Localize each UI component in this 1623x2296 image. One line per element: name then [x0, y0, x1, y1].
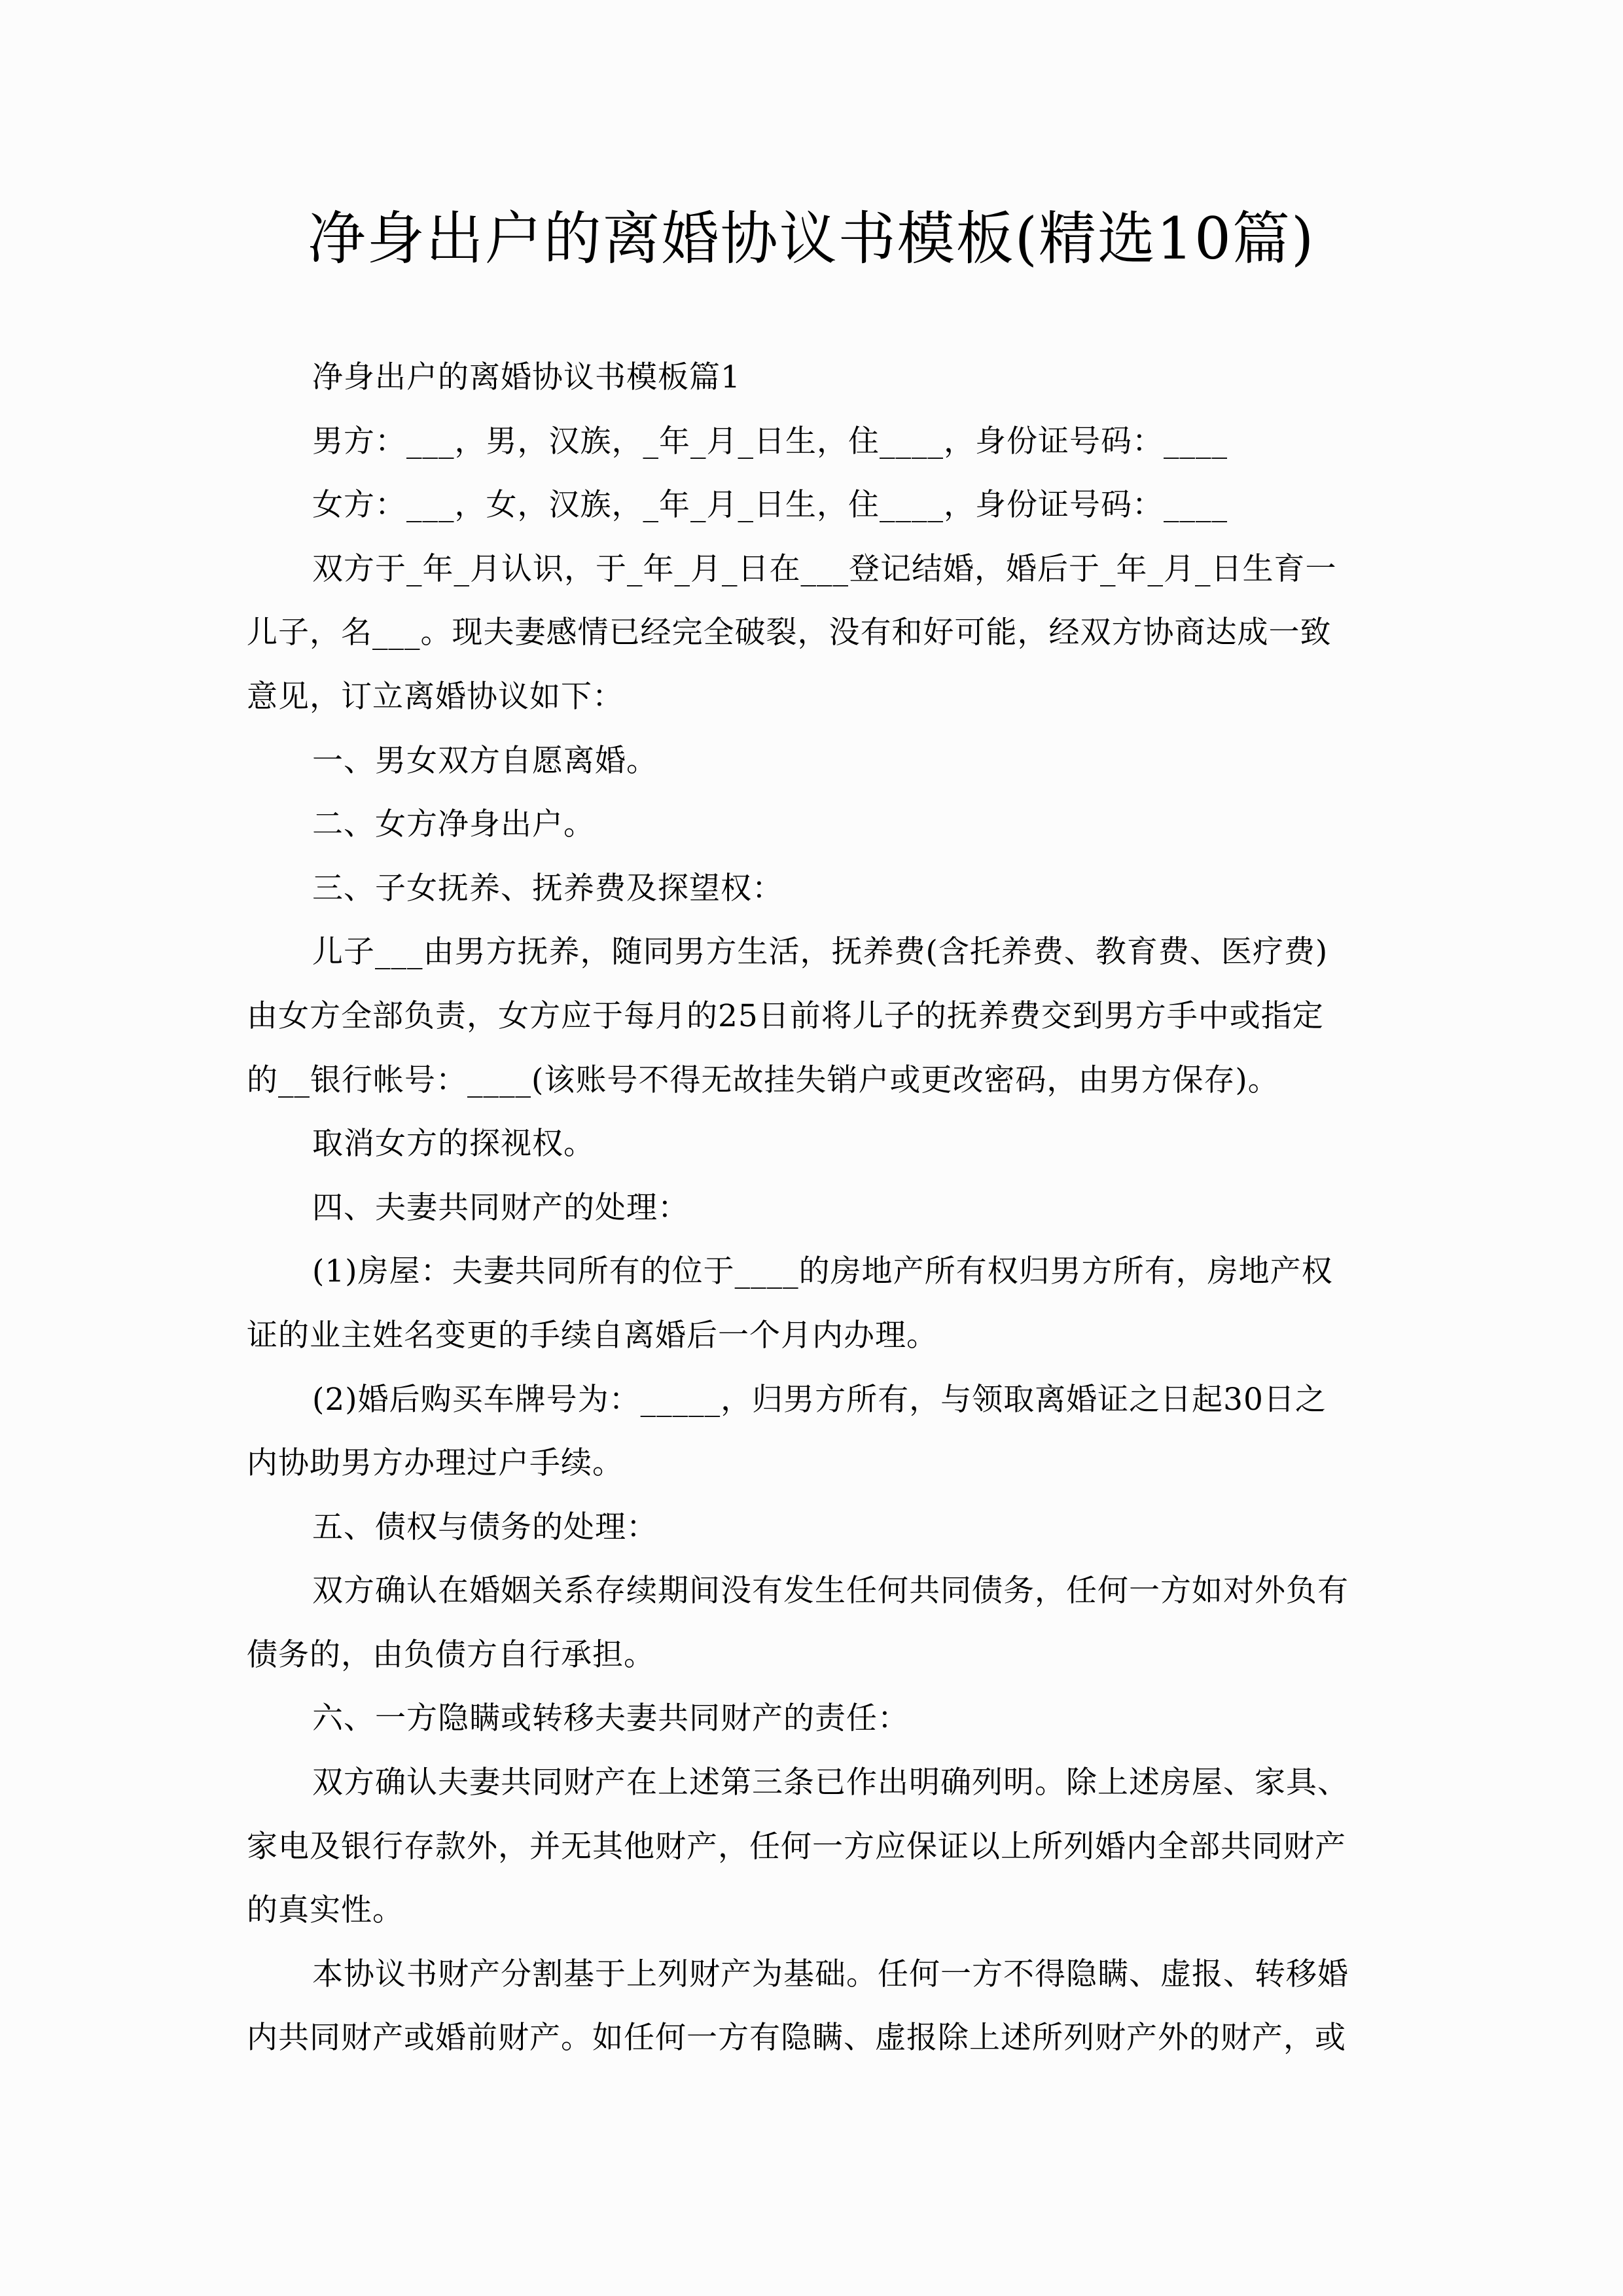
- paragraph-line: 证的业主姓名变更的手续自离婚后一个月内办理。: [247, 1304, 1378, 1368]
- section-heading: 净身出户的离婚协议书模板篇1: [247, 346, 1378, 410]
- paragraph-line: 取消女方的探视权。: [247, 1112, 1378, 1176]
- clause-heading: 四、夫妻共同财产的处理：: [247, 1176, 1378, 1240]
- clause-heading: 五、债权与债务的处理：: [247, 1496, 1378, 1560]
- paragraph-line: (2)婚后购买车牌号为：_____，归男方所有，与领取离婚证之日起30日之: [247, 1368, 1378, 1432]
- document-title: 净身出户的离婚协议书模板(精选10篇): [0, 196, 1623, 281]
- paragraph-line: (1)房屋：夫妻共同所有的位于____的房地产所有权归男方所有，房地产权: [247, 1240, 1378, 1304]
- paragraph-line: 儿子，名___。现夫妻感情已经完全破裂，没有和好可能，经双方协商达成一致: [247, 601, 1378, 665]
- clause-heading: 三、子女抚养、抚养费及探望权：: [247, 857, 1378, 921]
- paragraph-line: 家电及银行存款外，并无其他财产，任何一方应保证以上所列婚内全部共同财产: [247, 1815, 1378, 1879]
- paragraph-line: 由女方全部负责，女方应于每月的25日前将儿子的抚养费交到男方手中或指定: [247, 984, 1378, 1049]
- document-page: 净身出户的离婚协议书模板(精选10篇) 净身出户的离婚协议书模板篇1 男方：__…: [0, 0, 1623, 2296]
- clause-heading: 一、男女双方自愿离婚。: [247, 729, 1378, 793]
- paragraph-line: 的__银行帐号：____(该账号不得无故挂失销户或更改密码，由男方保存)。: [247, 1049, 1378, 1113]
- clause-heading: 六、一方隐瞒或转移夫妻共同财产的责任：: [247, 1687, 1378, 1751]
- paragraph-line: 儿子___由男方抚养，随同男方生活，抚养费(含托养费、教育费、医疗费): [247, 920, 1378, 984]
- party-female-line: 女方：___，女，汉族，_年_月_日生，住____，身份证号码：____: [247, 473, 1378, 537]
- paragraph-line: 双方确认在婚姻关系存续期间没有发生任何共同债务，任何一方如对外负有: [247, 1559, 1378, 1623]
- paragraph-line: 双方确认夫妻共同财产在上述第三条已作出明确列明。除上述房屋、家具、: [247, 1751, 1378, 1815]
- party-male-line: 男方：___，男，汉族，_年_月_日生，住____，身份证号码：____: [247, 410, 1378, 474]
- paragraph-line: 内共同财产或婚前财产。如任何一方有隐瞒、虚报除上述所列财产外的财产，或: [247, 2006, 1378, 2070]
- paragraph-line: 债务的，由负债方自行承担。: [247, 1623, 1378, 1687]
- paragraph-line: 内协助男方办理过户手续。: [247, 1431, 1378, 1496]
- clause-heading: 二、女方净身出户。: [247, 793, 1378, 857]
- paragraph-line: 意见，订立离婚协议如下：: [247, 665, 1378, 729]
- paragraph-line: 双方于_年_月认识，于_年_月_日在___登记结婚，婚后于_年_月_日生育一: [247, 537, 1378, 601]
- paragraph-line: 本协议书财产分割基于上列财产为基础。任何一方不得隐瞒、虚报、转移婚: [247, 1943, 1378, 2007]
- document-body: 净身出户的离婚协议书模板篇1 男方：___，男，汉族，_年_月_日生，住____…: [247, 346, 1378, 2070]
- paragraph-line: 的真实性。: [247, 1878, 1378, 1943]
